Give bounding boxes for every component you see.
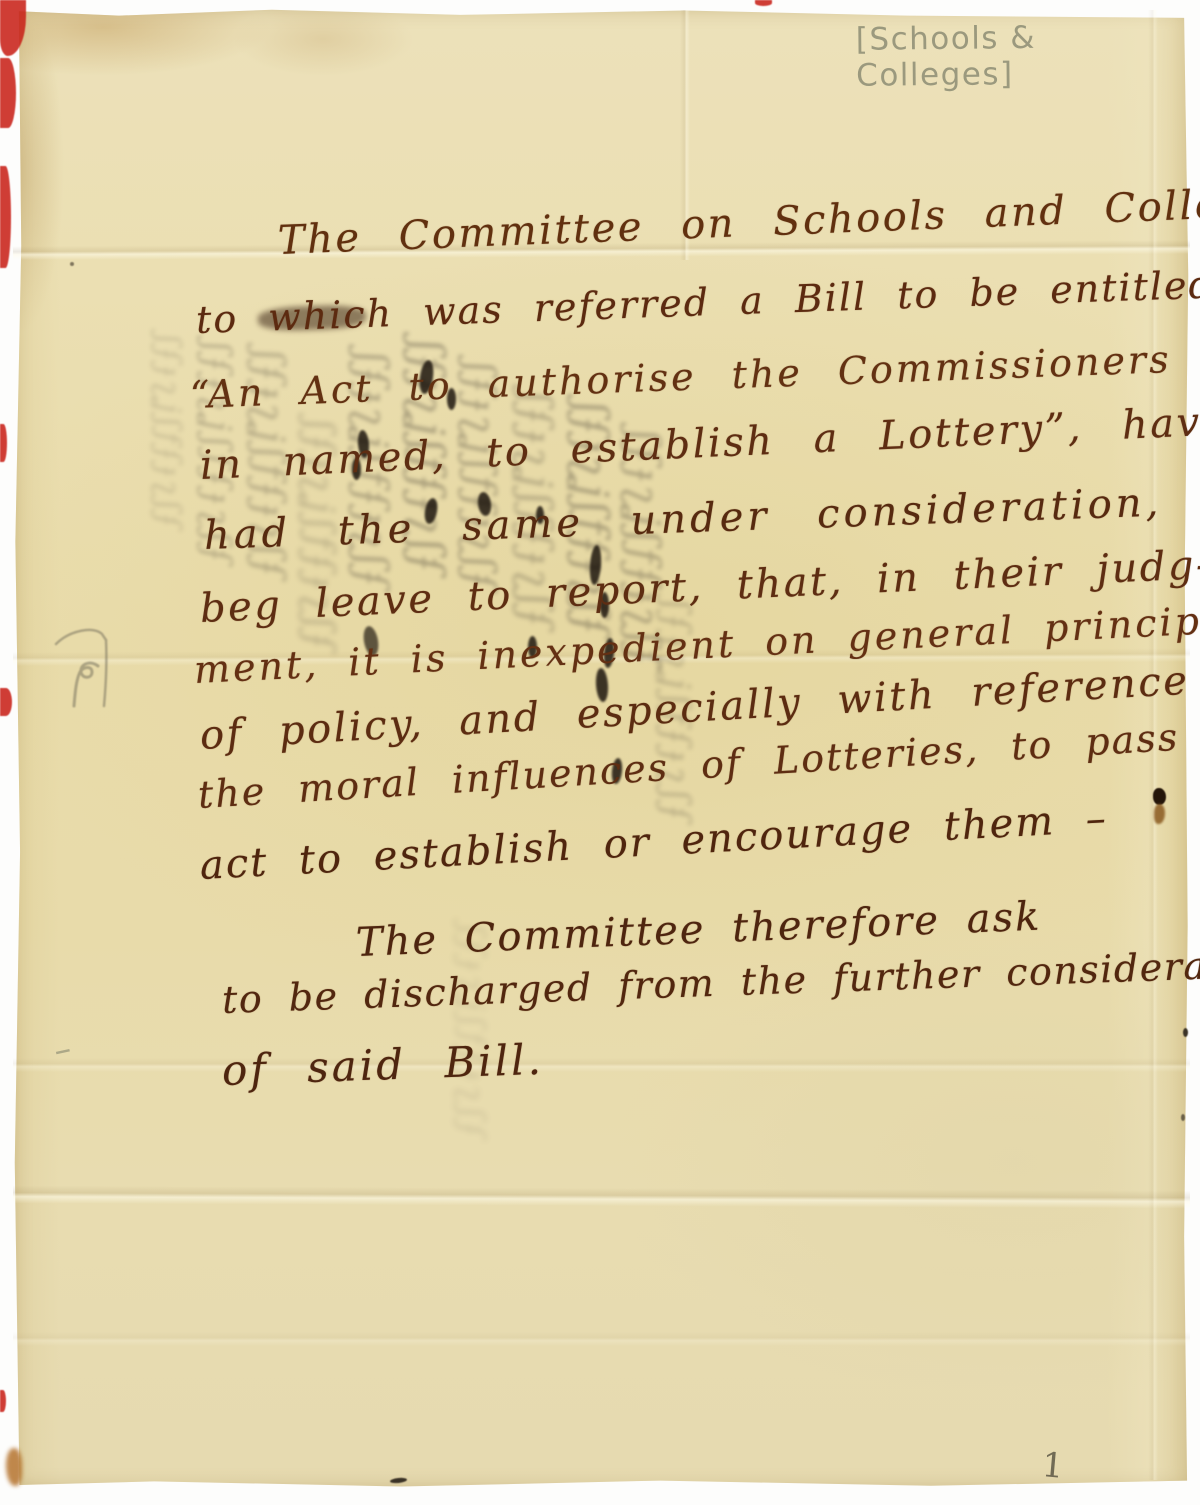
red-edge-mark: [0, 1390, 6, 1412]
red-edge-mark: [755, 0, 772, 6]
red-edge-mark: [0, 424, 7, 462]
page-number-mark: 1: [1040, 1445, 1065, 1487]
archival-label: [Schools & Colleges]: [856, 18, 1200, 94]
red-edge-mark: [0, 688, 12, 716]
pencil-flourish-mark: [50, 622, 120, 722]
edge-speck: [70, 262, 74, 266]
red-edge-mark: [0, 58, 16, 128]
ink-blot: [1153, 788, 1166, 805]
scanned-document-page: ʃʄɟʅʝʃƒʄɟʅʃʄ ʃʄɟʅʝʃƒʄɟʅʃʄ ʃʄɟʅʝʃƒʄɟʅʃʄ ʃ…: [0, 0, 1200, 1505]
stain: [6, 1448, 22, 1486]
red-edge-mark: [0, 166, 11, 268]
edge-speck: [1181, 1114, 1185, 1121]
edge-speck: [1183, 1028, 1188, 1037]
